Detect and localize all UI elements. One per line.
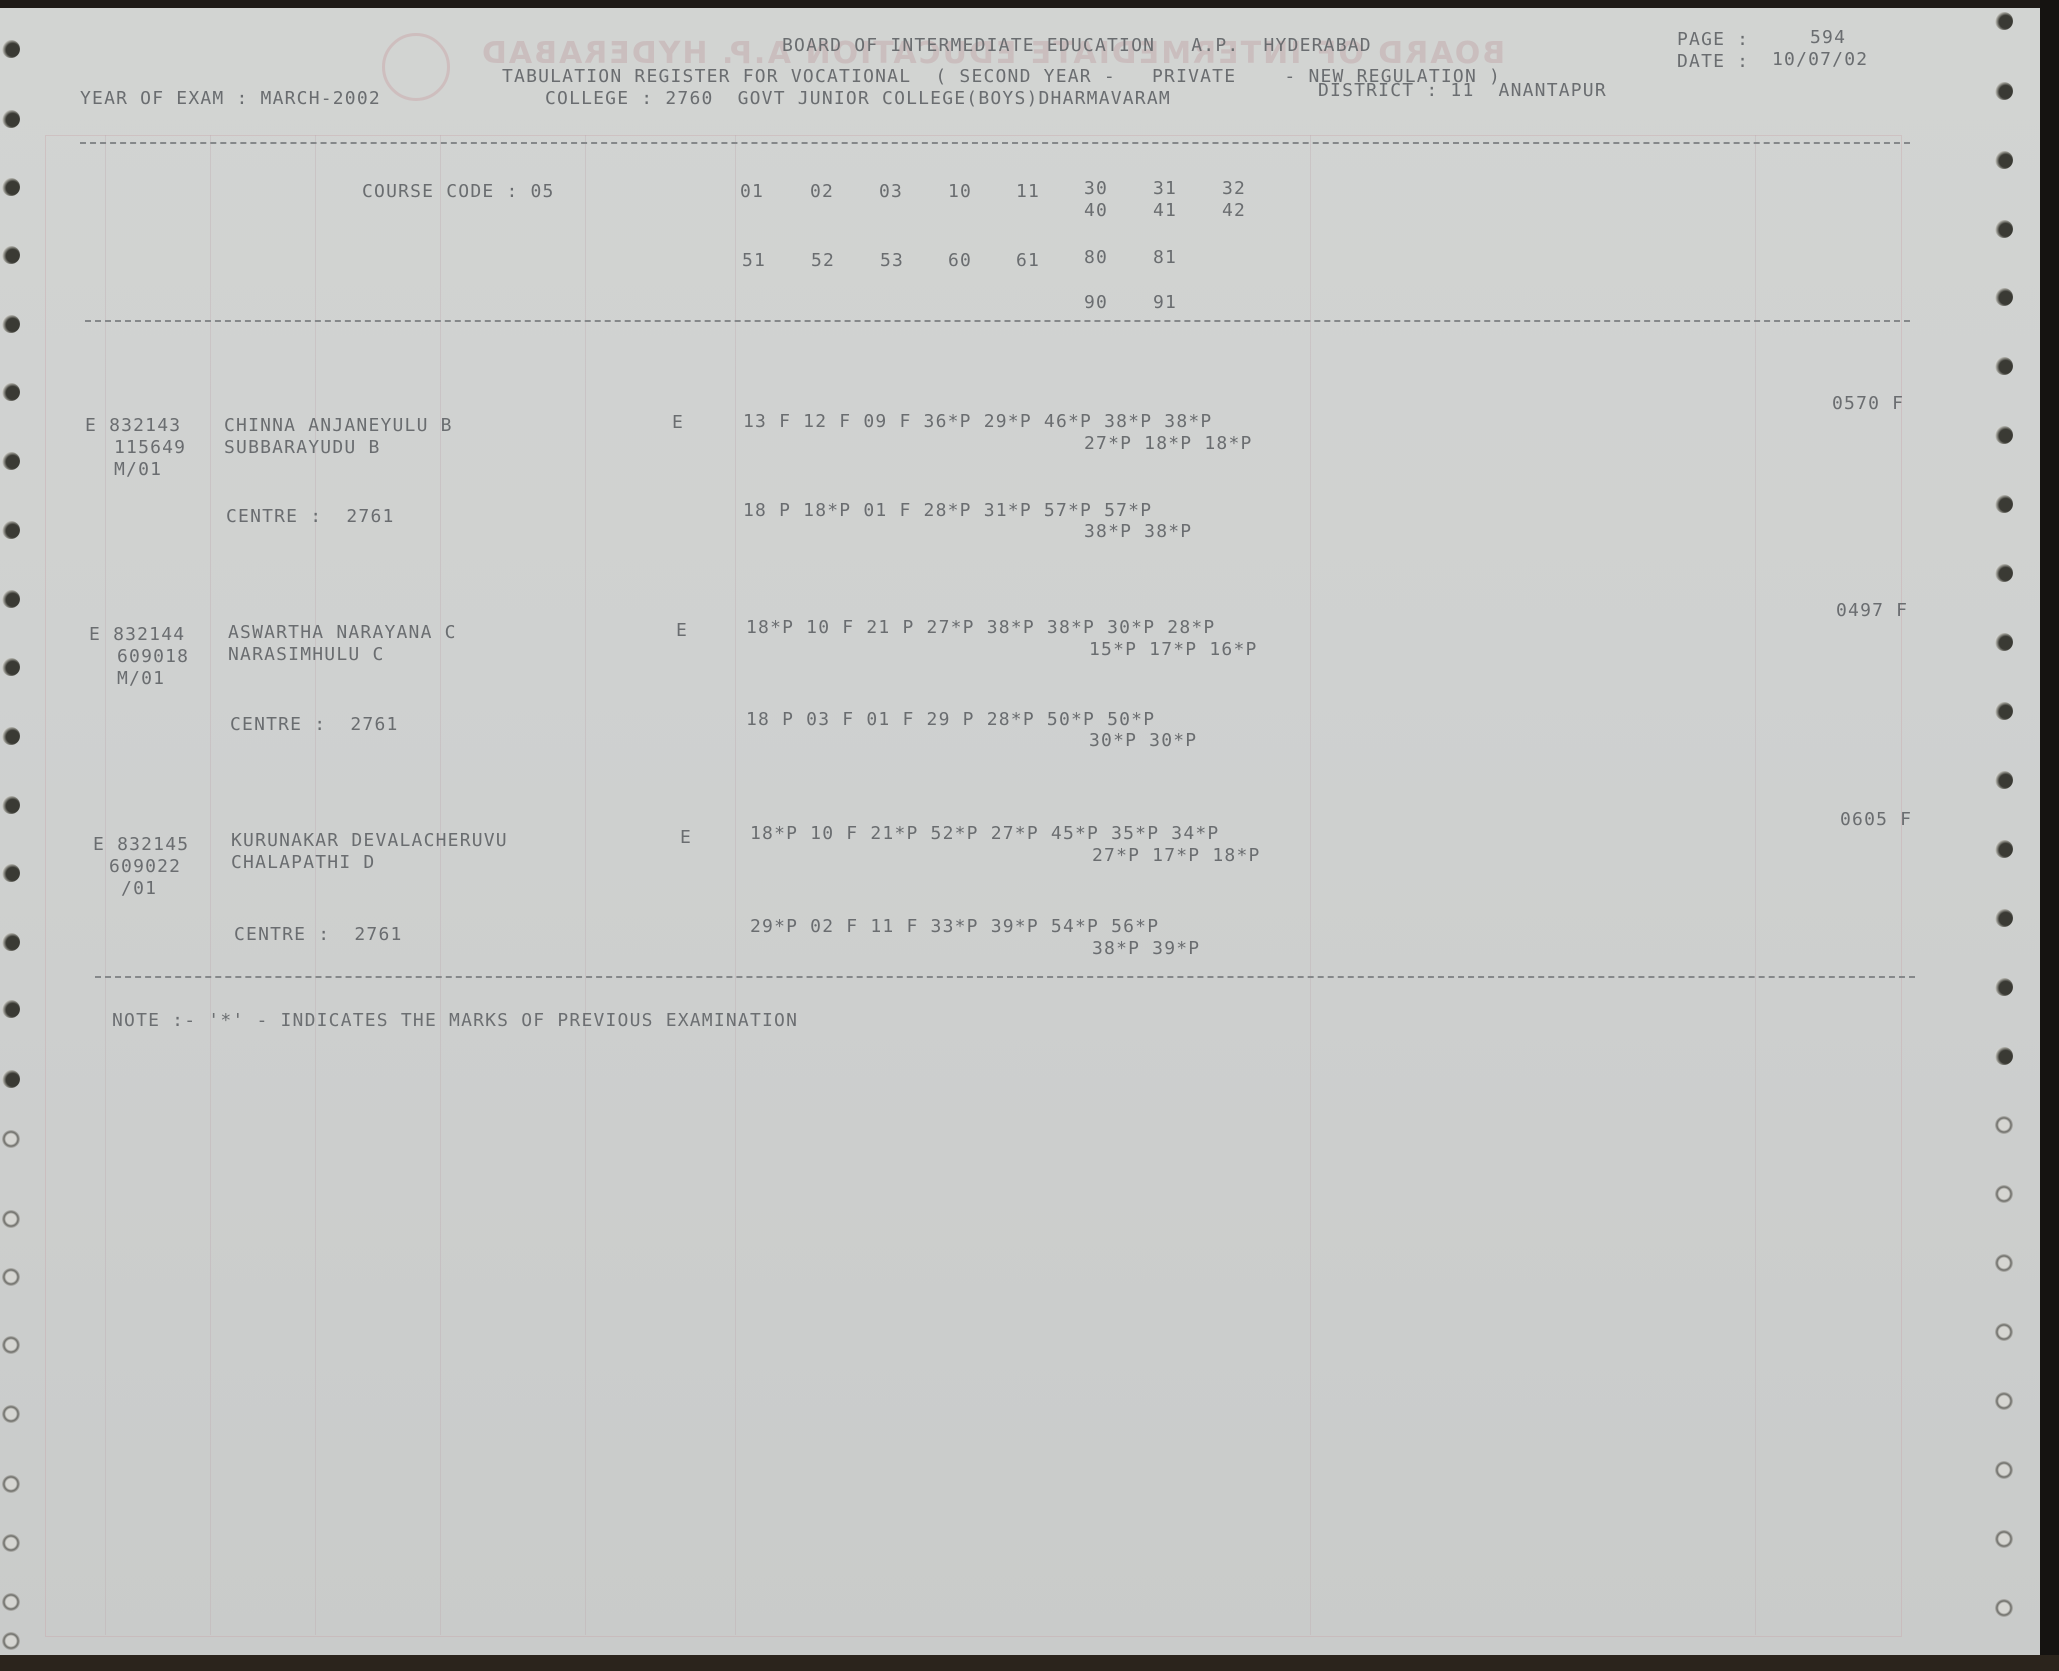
separator-line	[80, 142, 1910, 144]
hall-ticket: E 832144	[89, 624, 185, 646]
form-frame	[45, 135, 1902, 1637]
marks-row: 27*P 18*P 18*P	[1084, 433, 1253, 455]
category: M/01	[117, 668, 165, 690]
medium: E	[680, 827, 692, 849]
form-column-rule	[1310, 135, 1311, 1635]
date-label: DATE :	[1677, 51, 1749, 73]
centre: CENTRE : 2761	[234, 924, 403, 946]
separator-line	[95, 976, 1915, 978]
form-column-rule	[440, 135, 441, 1635]
category: /01	[109, 878, 157, 900]
form-column-rule	[735, 135, 736, 1635]
marks-row: 15*P 17*P 16*P	[1089, 639, 1258, 661]
marks-row: 30*P 30*P	[1089, 730, 1197, 752]
form-column-rule	[105, 135, 106, 1635]
tractor-holes-right	[1995, 0, 2025, 1671]
marks-row: 29*P 02 F 11 F 33*P 39*P 54*P 56*P	[750, 916, 1159, 938]
marks-row: 38*P 39*P	[1092, 938, 1200, 960]
centre: CENTRE : 2761	[226, 506, 395, 528]
separator-line	[85, 320, 1910, 322]
form-column-rule	[210, 135, 211, 1635]
form-column-rule	[315, 135, 316, 1635]
hall-ticket: E 832145	[93, 834, 189, 856]
hall-ticket: E 832143	[85, 415, 181, 437]
marks-row: 18 P 03 F 01 F 29 P 28*P 50*P 50*P	[746, 709, 1155, 731]
form-column-rule	[1755, 135, 1756, 1635]
total-result: 0497 F	[1836, 600, 1908, 622]
board-title: BOARD OF INTERMEDIATE EDUCATION A.P. HYD…	[782, 35, 1372, 57]
page-number: 594	[1810, 27, 1846, 49]
centre: CENTRE : 2761	[230, 714, 399, 736]
marks-row: 18 P 18*P 01 F 28*P 31*P 57*P 57*P	[743, 500, 1152, 522]
reg-number: 609022	[109, 856, 181, 878]
marks-row: 18*P 10 F 21 P 27*P 38*P 38*P 30*P 28*P	[746, 617, 1215, 639]
page-label: PAGE :	[1677, 29, 1749, 51]
total-result: 0570 F	[1832, 393, 1904, 415]
tractor-holes-left	[2, 0, 32, 1671]
medium: E	[672, 412, 684, 434]
total-result: 0605 F	[1840, 809, 1912, 831]
candidate-name: CHINNA ANJANEYULU B	[224, 415, 453, 437]
board-seal-icon	[382, 33, 450, 101]
candidate-name: KURUNAKAR DEVALACHERUVU	[231, 830, 508, 852]
father-name: CHALAPATHI D	[231, 852, 375, 874]
district-line: DISTRICT : 11 ANANTAPUR	[1318, 80, 1607, 102]
college-line: COLLEGE : 2760 GOVT JUNIOR COLLEGE(BOYS)…	[545, 88, 1171, 110]
reg-number: 609018	[117, 646, 189, 668]
medium: E	[676, 620, 688, 642]
form-column-rule	[585, 135, 586, 1635]
date-value: 10/07/02	[1772, 49, 1868, 71]
marks-row: 38*P 38*P	[1084, 521, 1192, 543]
course-code: COURSE CODE : 05	[362, 181, 555, 203]
marks-row: 13 F 12 F 09 F 36*P 29*P 46*P 38*P 38*P	[743, 411, 1212, 433]
candidate-name: ASWARTHA NARAYANA C	[228, 622, 457, 644]
marks-row: 27*P 17*P 18*P	[1092, 845, 1261, 867]
photo-right-edge	[2040, 0, 2059, 1671]
marks-row: 18*P 10 F 21*P 52*P 27*P 45*P 35*P 34*P	[750, 823, 1219, 845]
footer-note: NOTE :- '*' - INDICATES THE MARKS OF PRE…	[112, 1010, 798, 1031]
father-name: NARASIMHULU C	[228, 644, 384, 666]
reg-number: 115649	[114, 437, 186, 459]
year-of-exam: YEAR OF EXAM : MARCH-2002	[80, 88, 381, 110]
category: M/01	[114, 459, 162, 481]
father-name: SUBBARAYUDU B	[224, 437, 380, 459]
photo-bottom-edge	[0, 1655, 2059, 1671]
